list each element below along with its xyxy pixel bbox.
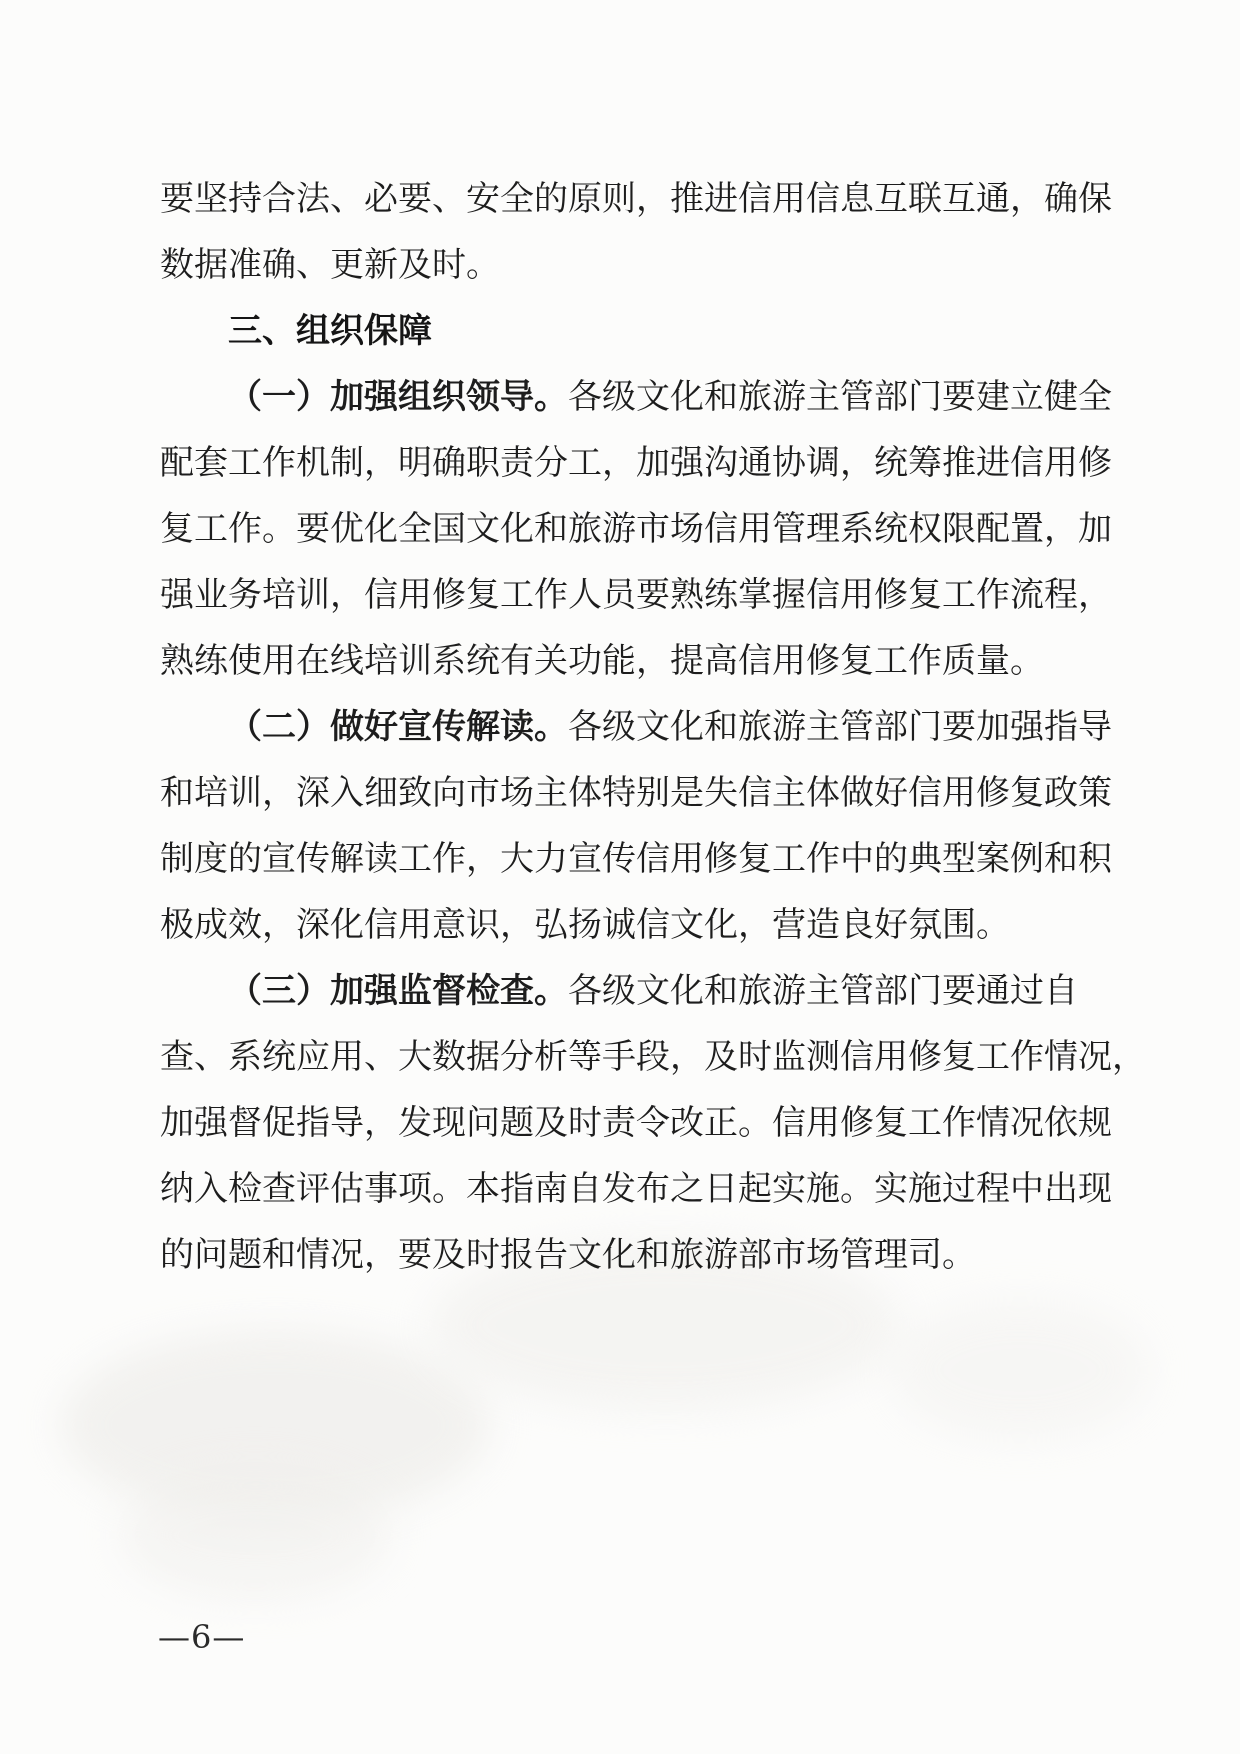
text-line: 查、系统应用、大数据分析等手段，及时监测信用修复工作情况， <box>160 1024 1118 1090</box>
text-line: 纳入检查评估事项。本指南自发布之日起实施。实施过程中出现 <box>160 1156 1118 1222</box>
text-line: 熟练使用在线培训系统有关功能，提高信用修复工作质量。 <box>160 628 1118 694</box>
text-line: 极成效，深化信用意识，弘扬诚信文化，营造良好氛围。 <box>160 892 1118 958</box>
text-line: 强业务培训，信用修复工作人员要熟练掌握信用修复工作流程， <box>160 562 1118 628</box>
text-line: 配套工作机制，明确职责分工，加强沟通协调，统筹推进信用修 <box>160 430 1118 496</box>
document-page: 要坚持合法、必要、安全的原则，推进信用信息互联互通，确保 数据准确、更新及时。 … <box>0 0 1240 1754</box>
text-line: 的问题和情况，要及时报告文化和旅游部市场管理司。 <box>160 1222 1118 1288</box>
paragraph-text: 各级文化和旅游主管部门要通过自 <box>568 971 1078 1011</box>
paragraph-text: 各级文化和旅游主管部门要加强指导 <box>568 707 1112 747</box>
text-line: （二）做好宣传解读。各级文化和旅游主管部门要加强指导 <box>160 694 1118 760</box>
text-line: 数据准确、更新及时。 <box>160 232 1118 298</box>
text-line: 复工作。要优化全国文化和旅游市场信用管理系统权限配置，加 <box>160 496 1118 562</box>
text-line: 和培训，深入细致向市场主体特别是失信主体做好信用修复政策 <box>160 760 1118 826</box>
text-line: 制度的宣传解读工作，大力宣传信用修复工作中的典型案例和积 <box>160 826 1118 892</box>
paragraph-lead: （二）做好宣传解读。 <box>228 707 568 747</box>
text-line: 加强督促指导，发现问题及时责令改正。信用修复工作情况依规 <box>160 1090 1118 1156</box>
scan-artifact <box>120 1470 390 1600</box>
paragraph-lead: （一）加强组织领导。 <box>228 377 568 417</box>
section-heading: 三、组织保障 <box>160 298 1118 364</box>
scan-artifact <box>890 1300 1150 1440</box>
document-body: 要坚持合法、必要、安全的原则，推进信用信息互联互通，确保 数据准确、更新及时。 … <box>160 166 1118 1288</box>
page-number: —6— <box>158 1612 245 1662</box>
paragraph-text: 各级文化和旅游主管部门要建立健全 <box>568 377 1112 417</box>
text-line: （一）加强组织领导。各级文化和旅游主管部门要建立健全 <box>160 364 1118 430</box>
text-line: 要坚持合法、必要、安全的原则，推进信用信息互联互通，确保 <box>160 166 1118 232</box>
text-line: （三）加强监督检查。各级文化和旅游主管部门要通过自 <box>160 958 1118 1024</box>
paragraph-lead: （三）加强监督检查。 <box>228 971 568 1011</box>
